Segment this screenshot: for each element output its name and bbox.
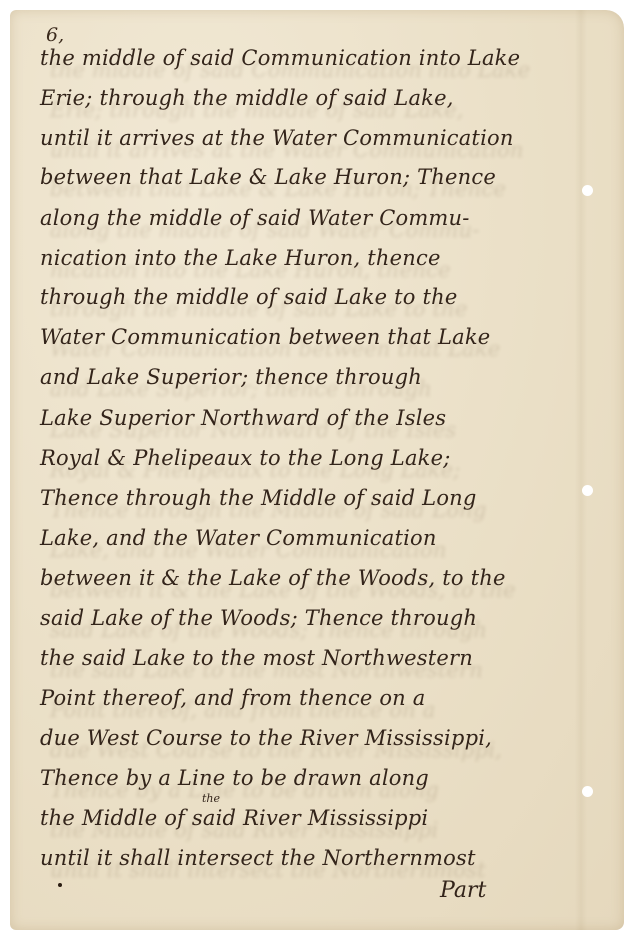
text-line-2: Erie; through the middle of said Lake,: [40, 86, 454, 110]
text-line-9: and Lake Superior; thence through: [40, 365, 422, 389]
text-line-8: Water Communication between that Lake: [40, 325, 490, 349]
text-line-13: Lake, and the Water Communication: [40, 526, 437, 550]
text-line-20: the Middle of said River Mississippi: [40, 806, 428, 830]
text-line-18: due West Course to the River Mississippi…: [40, 726, 492, 750]
text-line-12: Thence through the Middle of said Long: [40, 486, 477, 510]
text-line-1: the middle of said Communication into La…: [40, 46, 520, 70]
catchword: Part: [440, 878, 486, 903]
text-line-17: Point thereof, and from thence on a: [40, 686, 426, 710]
page-number: 6,: [46, 24, 64, 46]
punch-hole-top: [582, 185, 593, 196]
punch-hole-bottom: [582, 786, 593, 797]
text-line-14: between it & the Lake of the Woods, to t…: [40, 566, 506, 590]
text-line-11: Royal & Phelipeaux to the Long Lake;: [40, 446, 451, 470]
text-line-21: until it shall intersect the Northernmos…: [40, 846, 476, 870]
text-line-19: Thence by a Line to be drawn along: [40, 766, 429, 790]
interlinear-insertion: the: [202, 792, 220, 805]
text-line-16: the said Lake to the most Northwestern: [40, 646, 473, 670]
manuscript-page: 6, the middle of said Communication into…: [10, 10, 624, 930]
text-line-5: along the middle of said Water Commu-: [40, 206, 470, 230]
text-line-4: between that Lake & Lake Huron; Thence: [40, 165, 496, 189]
text-line-15: said Lake of the Woods; Thence through: [40, 606, 477, 630]
punch-hole-middle: [582, 485, 593, 496]
text-line-10: Lake Superior Northward of the Isles: [40, 406, 446, 430]
ink-dot: [58, 883, 62, 887]
text-line-3: until it arrives at the Water Communicat…: [40, 126, 514, 150]
text-line-6: nication into the Lake Huron, thence: [40, 246, 441, 270]
text-line-7: through the middle of said Lake to the: [40, 285, 457, 309]
